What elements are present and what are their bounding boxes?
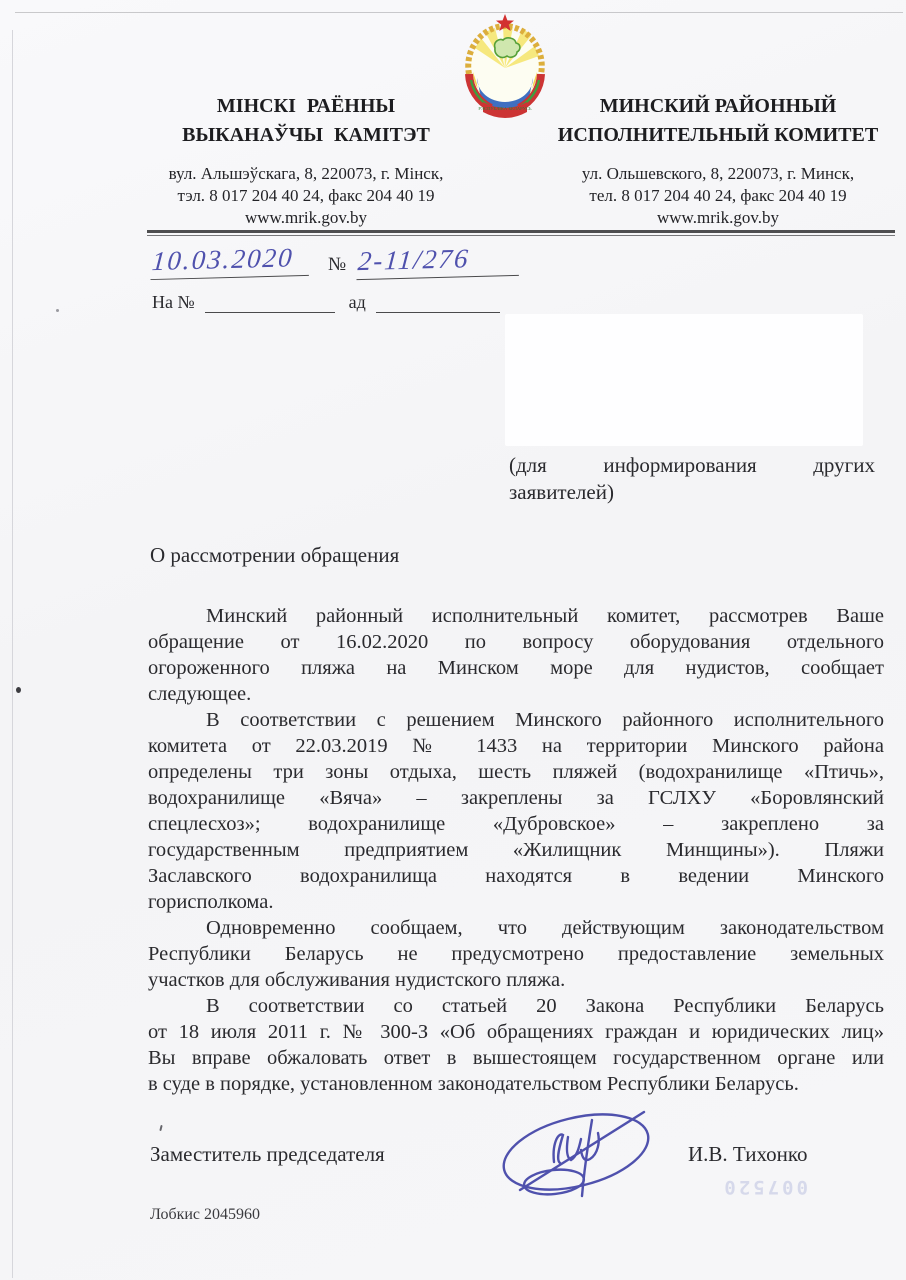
signer-position: Заместитель председателя [150, 1142, 385, 1167]
redacted-recipient-block [505, 314, 863, 446]
recipient-note-line2: заявителей) [509, 479, 875, 506]
body-line: Республики Беларусь не предусмотрено пре… [148, 941, 884, 967]
handwritten-signature-ink [492, 1106, 664, 1198]
belarus-coat-of-arms-icon: РЭСПУБЛІКА БЕЛАРУСЬ [455, 14, 555, 120]
body-line: от 18 июля 2011 г. № 300-З «Об обращения… [148, 1019, 884, 1045]
scan-artifact-speck [159, 1125, 162, 1131]
body-line: комитета от 22.03.2019 № 1433 на террито… [148, 733, 884, 759]
from-date-label: ад [349, 292, 366, 313]
body-line: горисполкома. [148, 889, 884, 915]
from-date-blank [376, 296, 500, 313]
body-line: Минский районный исполнительный комитет,… [148, 603, 884, 629]
incoming-reference-row: На № ад [152, 292, 500, 313]
org-address-by-line1: вул. Альшэўскага, 8, 220073, г. Мінск, [150, 163, 462, 185]
org-address-ru-line2: тел. 8 017 204 40 24, факс 204 40 19 [548, 185, 888, 207]
scanned-letter-page: РЭСПУБЛІКА БЕЛАРУСЬ МІНСКІ РАЁННЫ ВЫКАНА… [0, 0, 906, 1280]
org-title-ru-line1: МИНСКИЙ РАЙОННЫЙ [548, 92, 888, 121]
recipient-note-line1: (для информирования других [509, 452, 875, 479]
body-line: участков для обслуживания нудистского пл… [148, 967, 884, 993]
org-title-ru-line2: ИСПОЛНИТЕЛЬНЫЙ КОМИТЕТ [548, 121, 888, 150]
number-sign-label: № [328, 254, 346, 276]
body-line: В соответствии с решением Минского район… [148, 707, 884, 733]
org-website-ru: www.mrik.gov.by [548, 207, 888, 229]
org-address-by-line2: тэл. 8 017 204 40 24, факс 204 40 19 [150, 185, 462, 207]
bleed-through-stamp-number: 007520 [698, 1176, 808, 1198]
scan-artifact-top-line [15, 12, 903, 13]
letterhead-belarusian: МІНСКІ РАЁННЫ ВЫКАНАЎЧЫ КАМІТЭТ вул. Аль… [150, 92, 462, 229]
subject-line: О рассмотрении обращения [150, 543, 399, 568]
handwritten-date: 10.03.2020 [150, 242, 311, 280]
letterhead-divider-rule [147, 230, 895, 236]
org-title-by-line1: МІНСКІ РАЁННЫ [150, 92, 462, 121]
reference-row: 10.03.2020 № 2-11/276 [152, 244, 520, 278]
org-title-by-line2: ВЫКАНАЎЧЫ КАМІТЭТ [150, 121, 462, 150]
executor-note: Лобкис 2045960 [150, 1206, 260, 1224]
body-line: Заславского водохранилища находятся в ве… [148, 863, 884, 889]
letterhead-russian: МИНСКИЙ РАЙОННЫЙ ИСПОЛНИТЕЛЬНЫЙ КОМИТЕТ … [548, 92, 888, 229]
body-line: государственным предприятием «Жилищник М… [148, 837, 884, 863]
scan-artifact-speck [16, 687, 21, 693]
incoming-number-blank [205, 296, 335, 313]
body-line: Вы вправе обжаловать ответ в вышестоящем… [148, 1045, 884, 1071]
org-website-by: www.mrik.gov.by [150, 207, 462, 229]
incoming-number-label: На № [152, 292, 195, 313]
body-line: водохранилище «Вяча» – закреплены за ГСЛ… [148, 785, 884, 811]
body-line: в суде в порядке, установленном законода… [148, 1071, 884, 1097]
body-line: спецлесхоз»; водохранилище «Дубровское» … [148, 811, 884, 837]
signer-name: И.В. Тихонко [688, 1142, 808, 1167]
body-line: обращение от 16.02.2020 по вопросу обору… [148, 629, 884, 655]
scan-artifact-edge-line [12, 30, 13, 1278]
body-line: огороженного пляжа на Минском море для н… [148, 655, 884, 681]
body-line: Одновременно сообщаем, что действующим з… [148, 915, 884, 941]
recipient-note: (для информирования других заявителей) [509, 452, 875, 506]
body-line: определены три зоны отдыха, шесть пляжей… [148, 759, 884, 785]
body-text: Минский районный исполнительный комитет,… [148, 603, 884, 1097]
emblem-banner-text: РЭСПУБЛІКА БЕЛАРУСЬ [478, 106, 531, 111]
scan-artifact-speck [56, 309, 59, 312]
handwritten-outgoing-number: 2-11/276 [357, 242, 522, 280]
org-address-ru-line1: ул. Ольшевского, 8, 220073, г. Минск, [548, 163, 888, 185]
body-line: следующее. [148, 681, 884, 707]
body-line: В соответствии со статьей 20 Закона Респ… [148, 993, 884, 1019]
